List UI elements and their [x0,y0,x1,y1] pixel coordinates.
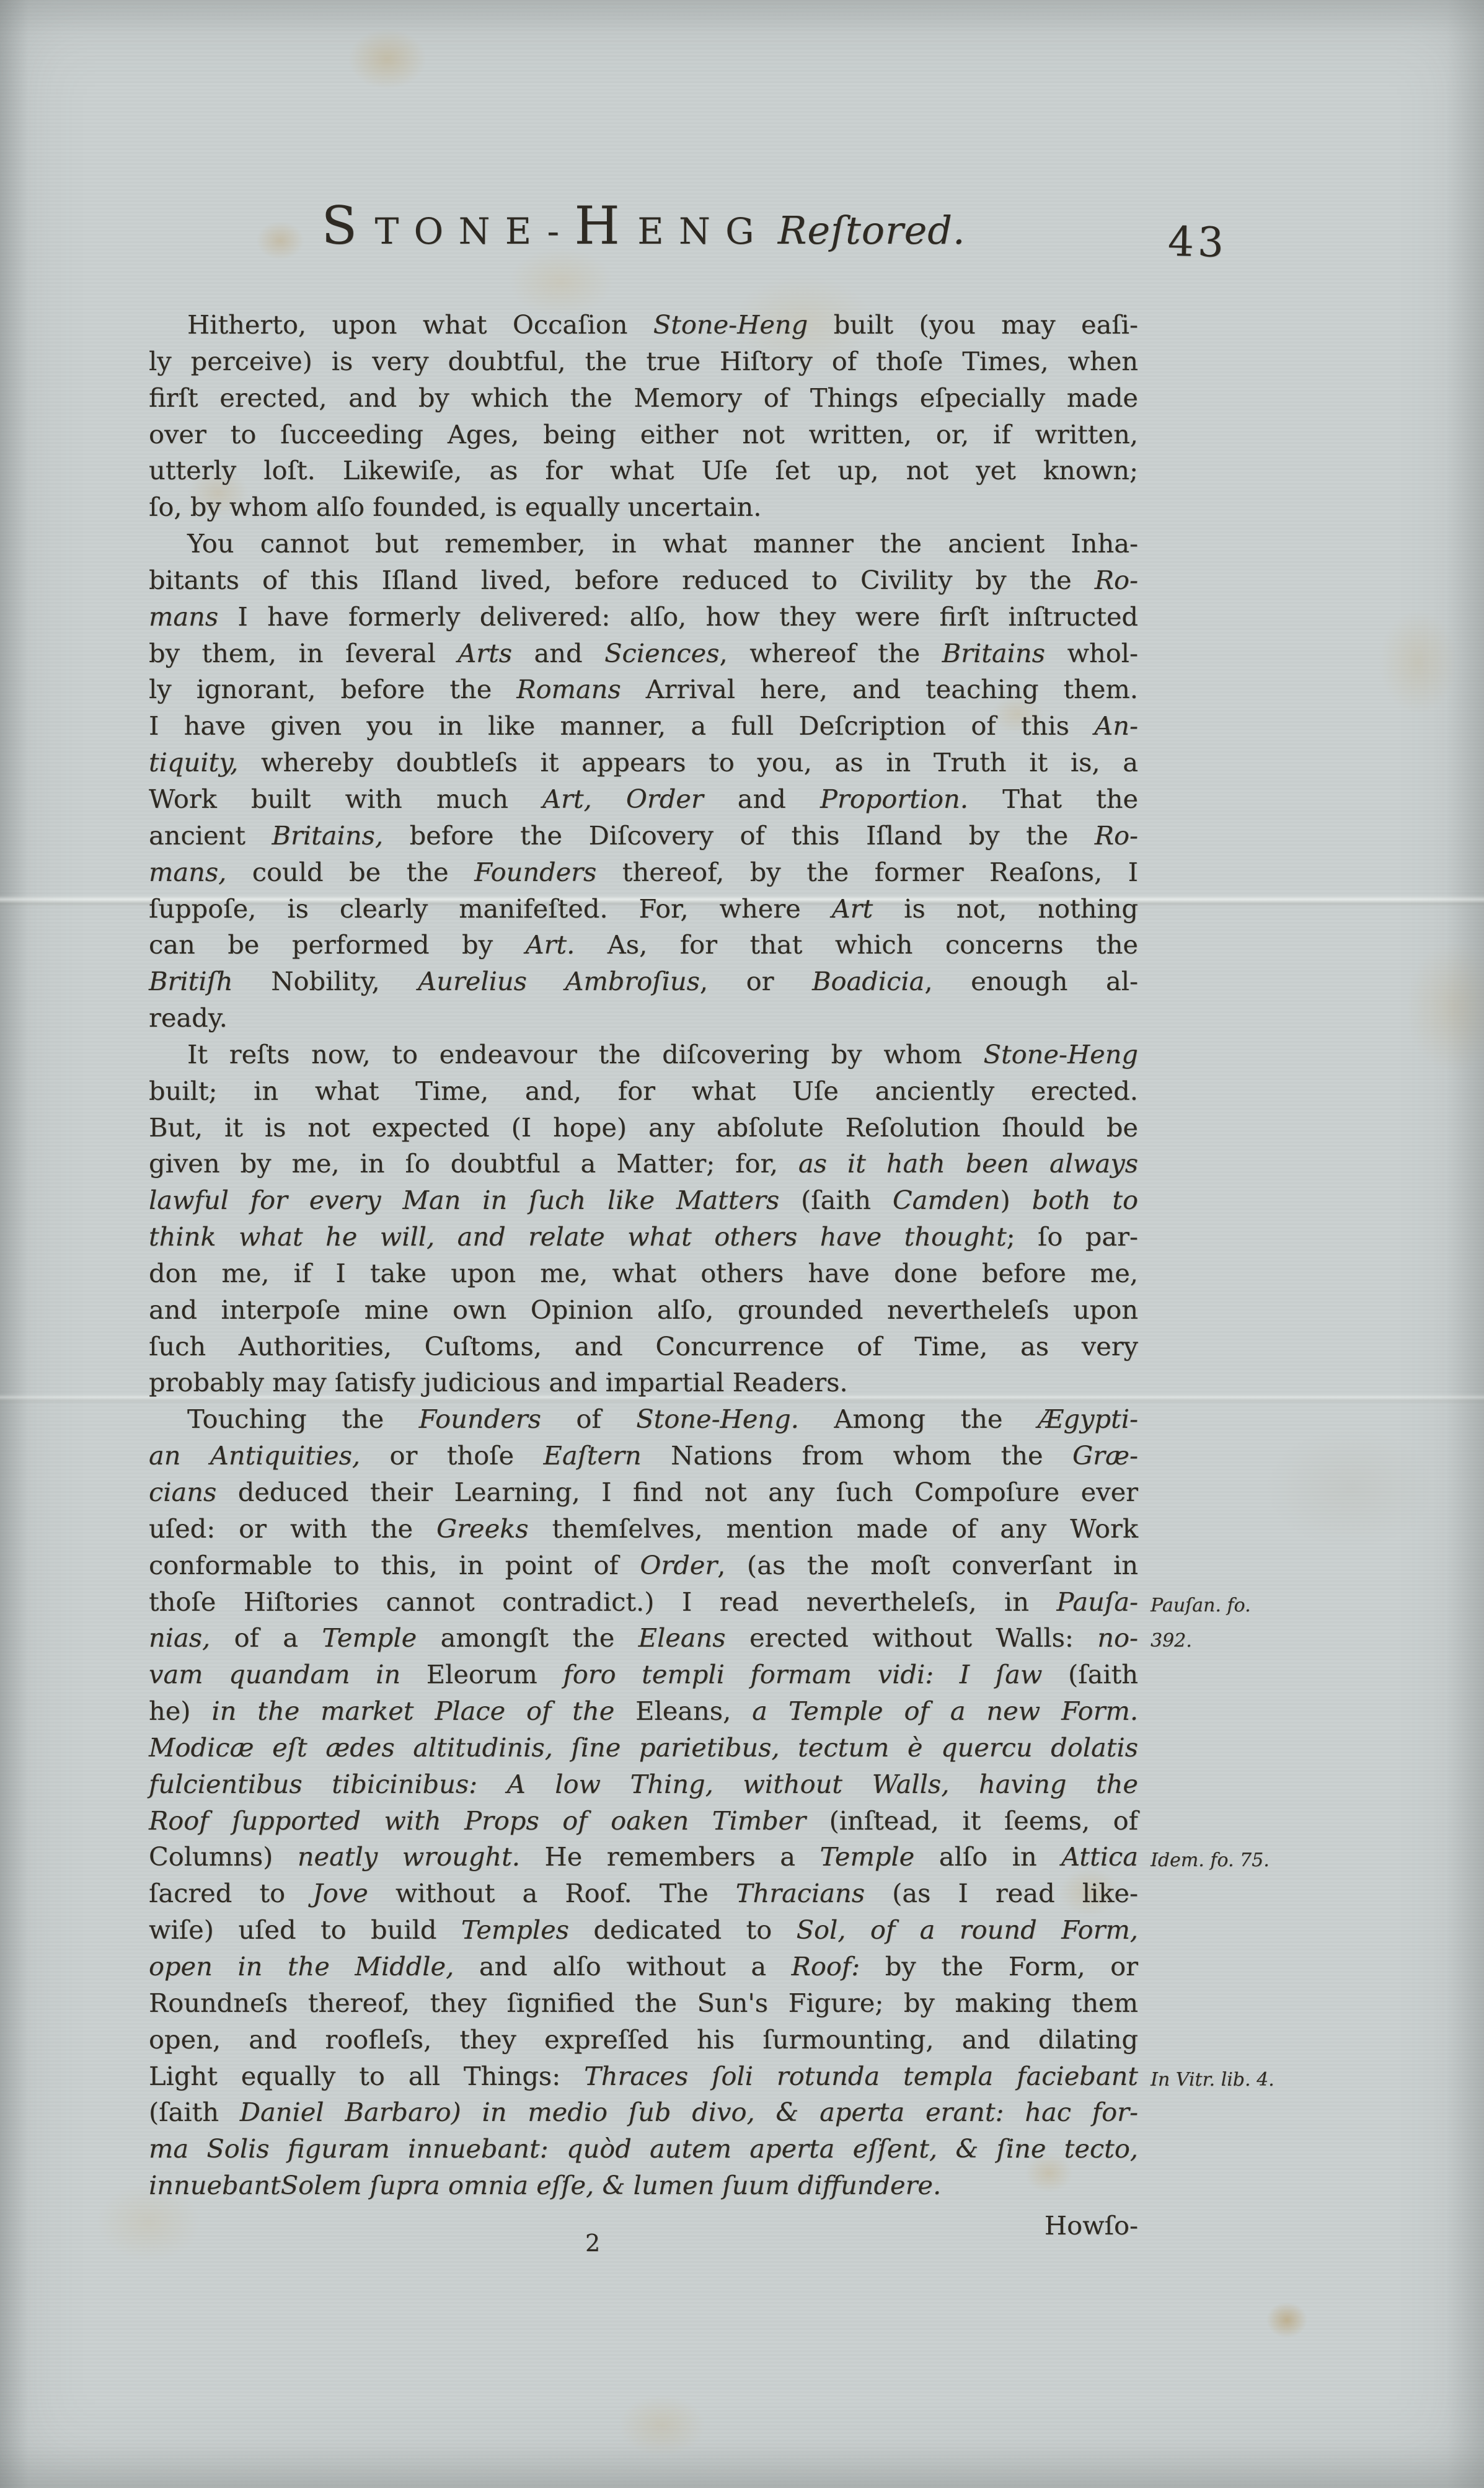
text-line: tiquity, whereby doubtleſs it appears to… [149,745,1138,781]
text-run: innuebantSolem ſupra omnia eſſe, & lumen… [149,2170,941,2200]
text-line: conformable to this, in point of Order, … [149,1547,1138,1584]
text-run: Sol, of a round Form, [797,1915,1138,1945]
text-line: probably may ſatisfy judicious and impar… [149,1365,1138,1401]
text-run: , or [700,966,812,996]
text-run: ly ignorant, before the [149,674,516,704]
text-run: of a [210,1623,322,1653]
text-run: amongſt the [417,1623,638,1653]
text-run: Stone-Heng [984,1039,1138,1069]
text-run: Roundneſs thereof, they ſignified the Su… [149,1988,1138,2018]
text-run: (ſaith [149,2097,240,2127]
text-run: mans, [149,857,226,887]
text-run: conformable to this, in point of [149,1550,640,1580]
text-run: ancient [149,820,272,851]
catchword: Howſo- [149,2210,1138,2241]
text-run: a Temple of a new Form. [752,1696,1138,1726]
text-run: It reſts now, to endeavour the diſcoveri… [187,1039,984,1069]
text-line: You cannot but remember, in what manner … [149,526,1138,562]
text-run: (ſaith [779,1185,893,1215]
text-run: in medio ſub divo, & aperta erant: hac f… [482,2097,1138,2127]
text-line: an Antiquities, or thoſe Eaſtern Nations… [149,1438,1138,1474]
text-run: both to [1032,1185,1138,1215]
text-line: mans I have formerly delivered: alſo, ho… [149,599,1138,635]
text-line: Roundneſs thereof, they ſignified the Su… [149,1985,1138,2022]
text-run: nias, [149,1623,210,1653]
text-run: over to ſucceeding Ages, being either no… [149,419,1138,449]
text-run: neatly wrought. [298,1841,520,1872]
title-segment: H [574,195,637,256]
page-title: STONE-HENGReſtored. [322,234,966,246]
text-line: Work built with much Art, Order and Prop… [149,781,1138,818]
text-run: (as I read like- [865,1878,1138,1908]
text-run: , whereof the [719,638,942,668]
text-run [461,2097,482,2127]
text-run: could be the [226,857,474,887]
text-line: and interpoſe mine own Opinion alſo, gro… [149,1292,1138,1329]
text-run: An- [1094,711,1138,741]
text-run: utterly loſt. Likewiſe, as for what Uſe … [149,455,1138,485]
text-run: or thoſe [360,1440,543,1471]
text-run: themſelves, mention made of any Work [529,1513,1138,1544]
text-line: uſed: or with the Greeks themſelves, men… [149,1511,1138,1547]
text-run: Columns) [149,1841,298,1872]
margin-note: Idem. fo. 75. [1151,1843,1355,1878]
text-line: think what he will, and relate what othe… [149,1219,1138,1255]
text-run: ) [1000,1185,1032,1215]
text-line: Touching the Founders of Stone-Heng. Amo… [149,1401,1138,1438]
body-text-column: Hitherto, upon what Occaſion Stone-Heng … [149,307,1138,2204]
book-page-scan: STONE-HENGReſtored. 43 Hitherto, upon wh… [0,0,1484,2488]
text-run: no- [1097,1623,1138,1653]
text-run: Attica [1061,1841,1138,1872]
text-run: whol- [1045,638,1138,668]
text-run: Ro- [1095,820,1138,851]
text-run: Boadicia [812,966,924,996]
text-run: Britains [942,638,1045,668]
text-run: Light equally to all Things: [149,2061,584,2091]
text-run: Sciences [604,638,719,668]
text-run: You cannot but remember, in what manner … [187,528,1138,559]
text-run: Greeks [436,1513,529,1544]
text-run: probably may ſatisfy judicious and impar… [149,1367,848,1397]
text-run: Arrival here, and teaching them. [621,674,1138,704]
text-run: Modicæ eſt ædes altitudinis, ſine pariet… [149,1732,1138,1763]
text-run: ; ſo par- [1007,1221,1138,1252]
text-line: Hitherto, upon what Occaſion Stone-Heng … [149,307,1138,343]
text-line: lawful for every Man in ſuch like Matter… [149,1182,1138,1219]
text-run: and [704,784,820,814]
text-run: ſuch Authorities, Cuſtoms, and Concurren… [149,1331,1138,1361]
text-run: cians [149,1477,216,1507]
text-line: thoſe Hiſtories cannot contradict.) I re… [149,1584,1138,1621]
text-run: Thraces ſoli rotunda templa faciebant [584,2061,1138,2091]
text-run: of [541,1404,636,1434]
signature-mark: 2 [585,2229,600,2258]
text-line: It reſts now, to endeavour the diſcoveri… [149,1037,1138,1073]
text-line: wiſe) uſed to build Temples dedicated to… [149,1912,1138,1949]
text-run: Roof: [792,1951,860,1981]
text-run: Work built with much [149,784,542,814]
text-run: deduced their Learning, I find not any ſ… [216,1477,1138,1507]
text-run: ſuppoſe, is clearly manifeſted. For, whe… [149,893,832,924]
text-run: foro templi formam vidi: I ſaw [563,1659,1042,1689]
text-line: he) in the market Place of the Eleans, a… [149,1693,1138,1730]
text-line: I have given you in like manner, a full … [149,708,1138,745]
text-line: ſuch Authorities, Cuſtoms, and Concurren… [149,1329,1138,1365]
text-line: firſt erected, and by which the Memory o… [149,380,1138,417]
text-run: lawful for every Man in ſuch like Matter… [149,1185,779,1215]
text-run: dedicated to [569,1915,797,1945]
text-run: Founders [474,857,596,887]
text-line: built; in what Time, and, for what Uſe a… [149,1073,1138,1110]
text-line: ſo, by whom alſo founded, is equally unc… [149,489,1138,526]
text-run: he) [149,1696,211,1726]
text-run: Græ- [1072,1440,1138,1471]
text-run: open, and roofleſs, they expreſſed his ſ… [149,2024,1138,2055]
text-run: Britains, [272,820,384,851]
text-line: mans, could be the Founders thereof, by … [149,854,1138,891]
text-run: Eleorum [400,1659,563,1689]
text-run: thoſe Hiſtories cannot contradict.) I re… [149,1587,1056,1617]
text-run: by the Form, or [860,1951,1138,1981]
page-number: 43 [1167,218,1228,267]
text-line: ma Solis figuram innuebant: quòd autem a… [149,2131,1138,2167]
text-line: given by me, in ſo doubtful a Matter; fo… [149,1146,1138,1182]
text-run: That the [968,784,1138,814]
title-segment: - [547,210,574,252]
text-run: fulcientibus tibicinibus: A low Thing, w… [149,1769,1138,1799]
text-run: wiſe) uſed to build [149,1915,461,1945]
text-line: But, it is not expected (I hope) any abſ… [149,1110,1138,1146]
title-segment: S [322,195,375,256]
text-run: and interpoſe mine own Opinion alſo, gro… [149,1295,1138,1325]
text-line: Columns) neatly wrought. He remembers a … [149,1839,1138,1875]
text-run: I have given you in like manner, a full … [149,711,1094,741]
text-run: ſacred to [149,1878,312,1908]
running-head: STONE-HENGReſtored. [149,200,1138,252]
text-line: fulcientibus tibicinibus: A low Thing, w… [149,1766,1138,1803]
text-run: Among the [799,1404,1038,1434]
text-run: Proportion. [820,784,968,814]
text-run: (inſtead, it ſeems, of [806,1805,1138,1836]
text-run: Pauſa- [1056,1587,1138,1617]
text-run: Art. [526,929,575,960]
text-run: ma Solis figuram innuebant: quòd autem a… [149,2133,1138,2164]
text-run: Art, Order [542,784,704,814]
text-run: Britiſh [149,966,233,996]
text-run: an Antiquities, [149,1440,360,1471]
text-run: don me, if I take upon me, what others h… [149,1258,1138,1288]
text-run: (ſaith [1042,1659,1138,1689]
text-run: thereof, by the former Reaſons, I [596,857,1138,887]
text-run: tiquity, [149,747,238,777]
text-line: open, and roofleſs, they expreſſed his ſ… [149,2022,1138,2058]
text-run: ly perceive) is very doubtful, the true … [149,346,1138,376]
text-run: I have formerly delivered: alſo, how the… [218,601,1138,632]
text-run: , enough al- [924,966,1138,996]
title-segment: TONE [375,210,547,252]
text-line: utterly loſt. Likewiſe, as for what Uſe … [149,453,1138,489]
text-run: bitants of this Iſland lived, before red… [149,565,1095,595]
text-line: cians deduced their Learning, I find not… [149,1474,1138,1511]
text-line: over to ſucceeding Ages, being either no… [149,417,1138,453]
text-run: as it hath been always [798,1148,1138,1179]
text-run: open in the Middle, [149,1951,454,1981]
text-run: Roof ſupported with Props of oaken Timbe… [149,1805,806,1836]
margin-note: In Vitr. lib. 4. [1151,2062,1355,2097]
text-run: ready. [149,1003,227,1033]
text-line: (ſaith Daniel Barbaro) in medio ſub divo… [149,2094,1138,2131]
text-run: Eleans, [614,1696,752,1726]
text-run: and [512,638,604,668]
text-run: think what he will, and relate what othe… [149,1221,1007,1252]
margin-note: Pauſan. fo. 392. [1151,1588,1355,1658]
text-run: Arts [457,638,512,668]
text-line: Britiſh Nobility, Aurelius Ambroſius, or… [149,963,1138,1000]
text-line: ancient Britains, before the Diſcovery o… [149,818,1138,854]
text-line: nias, of a Temple amongſt the Eleans ere… [149,1620,1138,1657]
text-run: erected without Walls: [726,1623,1098,1653]
text-run: Thracians [736,1878,865,1908]
text-run: Founders [419,1404,541,1434]
text-run: is not, nothing [873,893,1138,924]
text-run: Order [640,1550,717,1580]
text-run: Temples [461,1915,569,1945]
text-run: Aurelius Ambroſius [418,966,700,996]
text-run: Stone-Heng [653,309,808,340]
text-run: Daniel Barbaro) [240,2097,461,2127]
text-run: without a Roof. The [368,1878,736,1908]
text-run: whereby doubtleſs it appears to you, as … [238,747,1138,777]
text-run: As, for that which concerns the [575,929,1138,960]
text-line: can be performed by Art. As, for that wh… [149,927,1138,963]
text-line: ly perceive) is very doubtful, the true … [149,343,1138,380]
text-run: built (you may eaſi- [808,309,1138,340]
text-run: Hitherto, upon what Occaſion [187,309,653,340]
text-run: , (as the moſt converſant in [717,1550,1138,1580]
title-segment: ENG [637,210,769,252]
text-run: alſo in [914,1841,1061,1872]
text-line: ſacred to Jove without a Roof. The Thrac… [149,1875,1138,1912]
text-line: innuebantSolem ſupra omnia eſſe, & lumen… [149,2167,1138,2204]
text-line: ly ignorant, before the Romans Arrival h… [149,671,1138,708]
text-run: Nobility, [233,966,418,996]
text-line: Roof ſupported with Props of oaken Timbe… [149,1803,1138,1839]
text-line: Modicæ eſt ædes altitudinis, ſine pariet… [149,1730,1138,1766]
text-run: Eleans [638,1623,726,1653]
text-run: ſo, by whom alſo founded, is equally unc… [149,492,761,522]
text-run: built; in what Time, and, for what Uſe a… [149,1076,1138,1106]
text-run: Ægypti- [1038,1404,1138,1434]
text-run: firſt erected, and by which the Memory o… [149,383,1138,413]
text-line: ready. [149,1000,1138,1037]
text-run: Jove [312,1878,368,1908]
text-run: by them, in ſeveral [149,638,457,668]
text-line: ſuppoſe, is clearly manifeſted. For, whe… [149,891,1138,927]
text-run: Ro- [1095,565,1138,595]
text-run: Stone-Heng. [636,1404,799,1434]
text-line: vam quandam in Eleorum foro templi forma… [149,1657,1138,1693]
text-line: don me, if I take upon me, what others h… [149,1255,1138,1292]
text-run: Art [832,893,873,924]
text-run: and alſo without a [454,1951,791,1981]
text-run: uſed: or with the [149,1513,436,1544]
text-run: But, it is not expected (I hope) any abſ… [149,1112,1138,1143]
text-run: Camden [893,1185,1000,1215]
text-run: Temple [819,1841,914,1872]
text-line: Light equally to all Things: Thraces ſol… [149,2058,1138,2095]
text-run: vam quandam in [149,1659,400,1689]
text-run: in the market Place of the [211,1696,614,1726]
text-line: bitants of this Iſland lived, before red… [149,562,1138,599]
text-line: open in the Middle, and alſo without a R… [149,1949,1138,1985]
title-segment: Reſtored. [769,208,966,253]
text-run: given by me, in ſo doubtful a Matter; fo… [149,1148,798,1179]
text-run: Touching the [187,1404,419,1434]
text-run: can be performed by [149,929,526,960]
text-run: Nations from whom the [642,1440,1072,1471]
text-run: Eaſtern [544,1440,642,1471]
text-run: mans [149,601,218,632]
text-line: by them, in ſeveral Arts and Sciences, w… [149,635,1138,672]
text-run: He remembers a [520,1841,819,1872]
text-run: Romans [516,674,621,704]
text-run: before the Diſcovery of this Iſland by t… [383,820,1095,851]
text-run: Temple [322,1623,417,1653]
